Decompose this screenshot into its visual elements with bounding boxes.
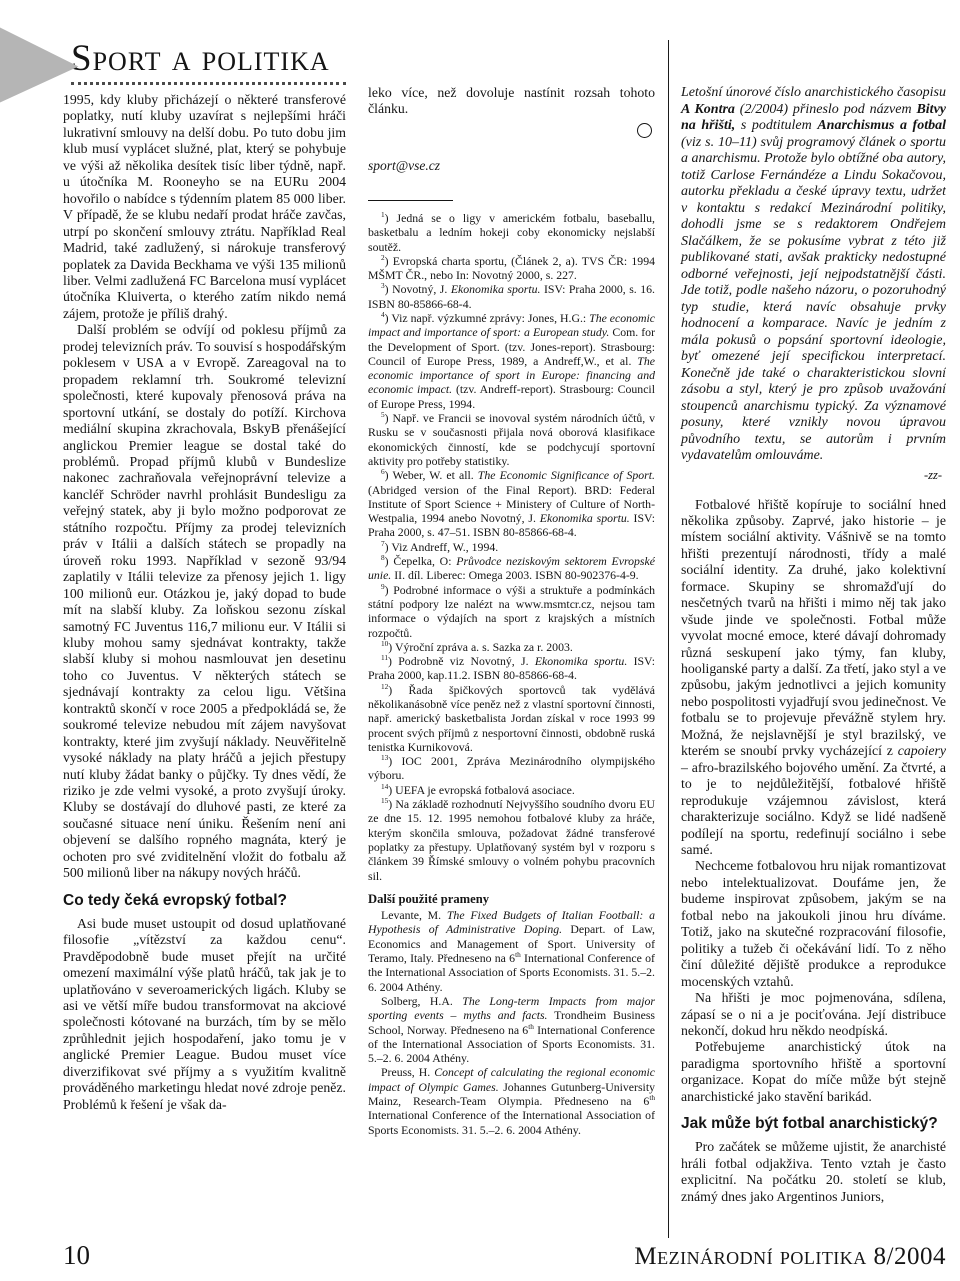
page-title: Sport a politika xyxy=(71,40,346,85)
editorial-intro: Letošní únorové číslo anarchistického ča… xyxy=(681,85,946,465)
footnote-4: 4) Viz např. výzkumné zprávy: Jones, H.G… xyxy=(368,311,655,411)
article-paragraph: Nechceme fotbalovou hru nijak romantizov… xyxy=(681,858,946,990)
footnote-7: 7) Viz Andreff, W., 1994. xyxy=(368,540,655,554)
footnote-13: 13) IOC 2001, Zpráva Mezinárodního olymp… xyxy=(368,754,655,783)
footnote-9: 9) Podrobné informace o výši a struktuře… xyxy=(368,583,655,640)
journal-title: Mezinárodní politika 8/2004 xyxy=(634,1243,946,1271)
footnote-2: 2) Evropská charta sportu, (Článek 2, a)… xyxy=(368,254,655,283)
article-paragraph: Potřebujeme anarchistický útok na paradi… xyxy=(681,1039,946,1105)
footnote-10: 10) Výroční zpráva a. s. Sazka za r. 200… xyxy=(368,640,655,654)
footnote-8: 8) Čepelka, O: Průvodce neziskovým sekto… xyxy=(368,554,655,583)
editor-signature: -zz- xyxy=(681,468,942,483)
footnote-14: 14) UEFA je evropská fotbalová asociace. xyxy=(368,783,655,797)
footnote-5: 5) Např. ve Francii se inovoval systém n… xyxy=(368,411,655,468)
article-paragraph: 1995, kdy kluby přicházejí o některé tra… xyxy=(63,92,346,322)
article-paragraph: Další problém se odvíjí od poklesu příjm… xyxy=(63,322,346,881)
article-columns: Sport a politika 1995, kdy kluby přicház… xyxy=(63,40,946,1238)
footnote-12: 12) Řada špičkových sportovců tak vydělá… xyxy=(368,683,655,754)
footnote-1: 1) Jedná se o ligy v americkém fotbalu, … xyxy=(368,211,655,254)
column-1: Sport a politika 1995, kdy kluby přicház… xyxy=(63,40,346,1238)
footnote-6: 6) Weber, W. et all. The Economic Signif… xyxy=(368,468,655,539)
page-number: 10 xyxy=(63,1240,90,1271)
source-preuss: Preuss, H. Concept of calculating the re… xyxy=(368,1065,655,1136)
article-end-circle-icon xyxy=(637,123,652,138)
section-heading-fotbal-anarchisticky: Jak může být fotbal anarchistický? xyxy=(681,1115,946,1133)
section-heading-evropsky-fotbal: Co tedy čeká evropský fotbal? xyxy=(63,892,346,910)
footnote-3: 3) Novotný, J. Ekonomika sportu. ISV: Pr… xyxy=(368,282,655,311)
article-paragraph: Pro začátek se můžeme ujistit, že anarch… xyxy=(681,1139,946,1205)
page-footer: 10 Mezinárodní politika 8/2004 xyxy=(63,1240,946,1271)
magazine-page: Sport a politika 1995, kdy kluby přicház… xyxy=(0,0,960,1281)
footnote-15: 15) Na základě rozhodnutí Nejvyššího sou… xyxy=(368,797,655,883)
source-solberg: Solberg, H.A. The Long-term Impacts from… xyxy=(368,994,655,1065)
author-email: sport@vse.cz xyxy=(368,158,655,174)
column-2: leko více, než dovoluje nastínit rozsah … xyxy=(368,40,655,1238)
sources-heading: Další použité prameny xyxy=(368,892,655,906)
article-paragraph: Asi bude muset ustoupit od dosud uplatňo… xyxy=(63,916,346,1113)
article-paragraph: Fotbalové hřiště kopíruje to sociální hn… xyxy=(681,497,946,859)
column-3: Letošní únorové číslo anarchistického ča… xyxy=(668,40,946,1238)
footnote-11: 11) Podrobně viz Novotný, J. Ekonomika s… xyxy=(368,654,655,683)
source-levante: Levante, M. The Fixed Budgets of Italian… xyxy=(368,908,655,994)
article-paragraph: Na hřišti je moc pojmenována, sdílena, z… xyxy=(681,990,946,1039)
footnote-divider xyxy=(368,200,453,201)
article-paragraph: leko více, než dovoluje nastínit rozsah … xyxy=(368,85,655,118)
